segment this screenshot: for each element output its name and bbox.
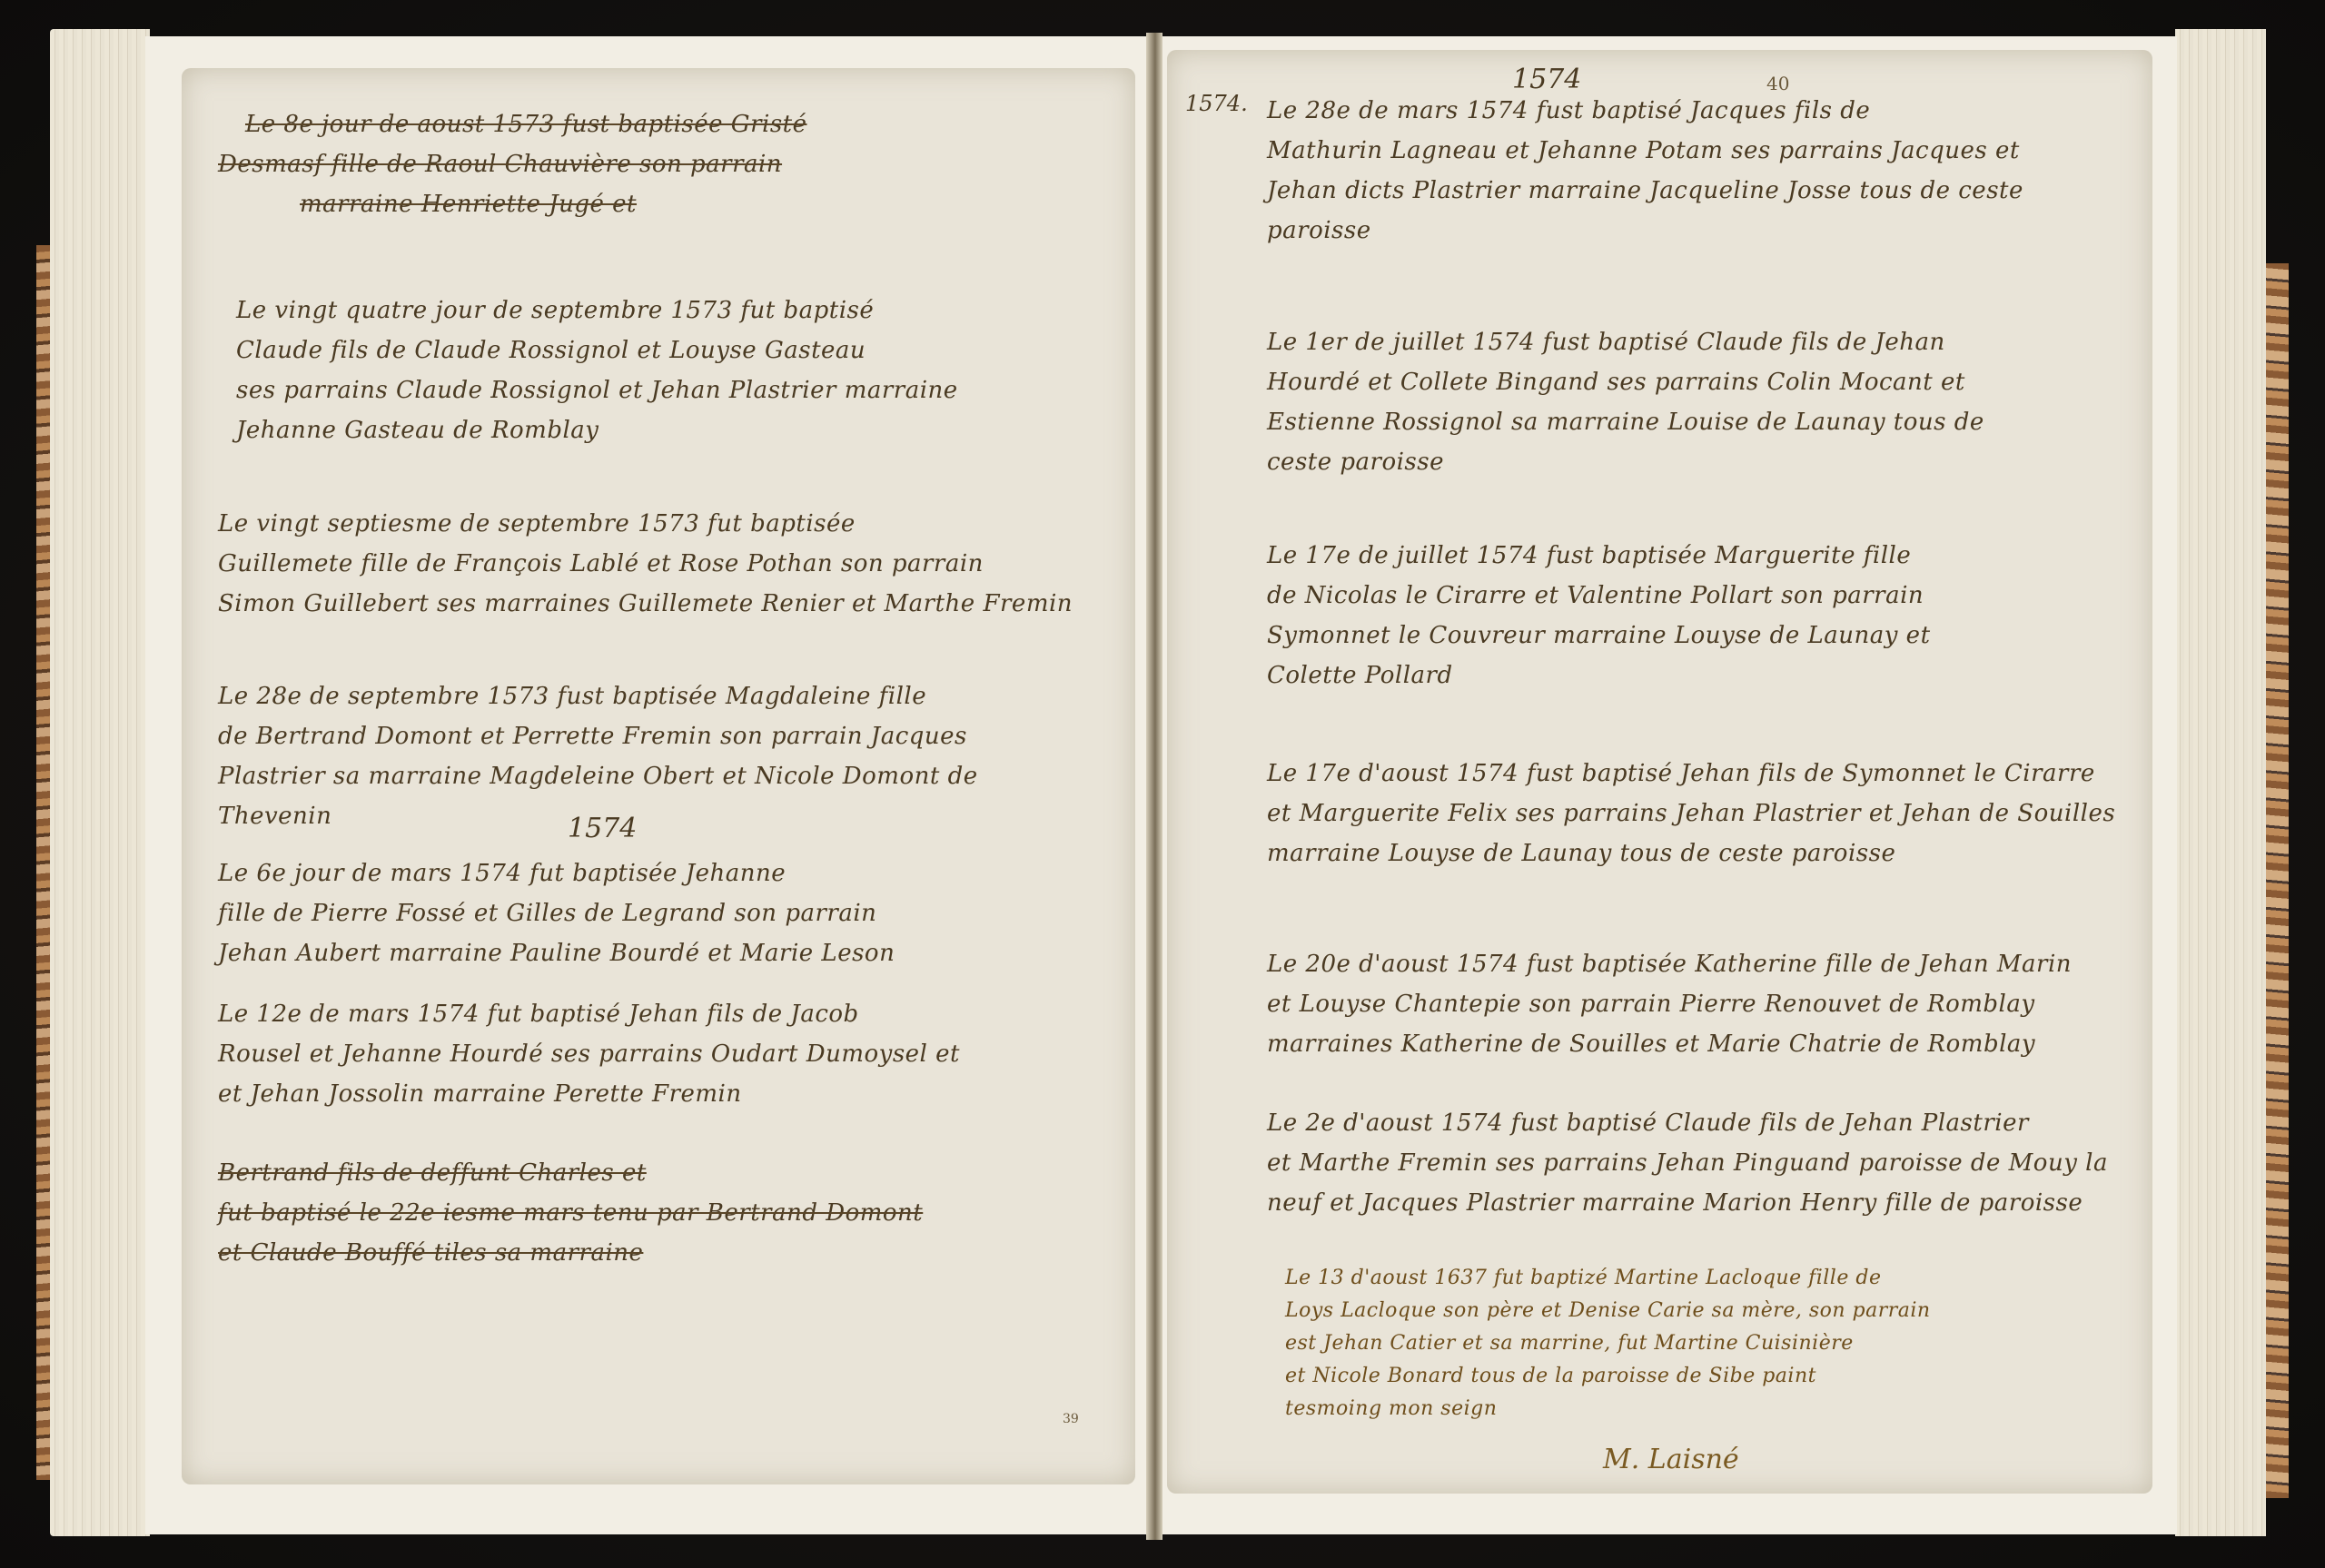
page-block-left xyxy=(50,29,150,1536)
entry-line: ceste paroisse xyxy=(1267,442,1984,482)
entry-line: et Marthe Fremin ses parrains Jehan Ping… xyxy=(1267,1143,2108,1183)
entry-line: Le 8e jour de aoust 1573 fust baptisée G… xyxy=(245,104,807,144)
entry-line: marraine Henriette Jugé et xyxy=(300,184,807,224)
entry-line: Colette Pollard xyxy=(1267,656,1931,695)
entry-line: ses parrains Claude Rossignol et Jehan P… xyxy=(236,370,958,410)
entry-right-7-later-hand: Le 13 d'aoust 1637 fut baptizé Martine L… xyxy=(1285,1262,1931,1425)
entry-line: et Louyse Chantepie son parrain Pierre R… xyxy=(1267,984,2072,1024)
right-manuscript-sheet: 1574. 1574 40 Le 28e de mars 1574 fust b… xyxy=(1167,50,2152,1494)
entry-right-2: Le 1er de juillet 1574 fust baptisé Clau… xyxy=(1267,322,1984,482)
entry-line: fut baptisé le 22e iesme mars tenu par B… xyxy=(218,1193,923,1233)
entry-line: Le 17e d'aoust 1574 fust baptisé Jehan f… xyxy=(1267,754,2115,794)
entry-line: Mathurin Lagneau et Jehanne Potam ses pa… xyxy=(1267,131,2023,171)
entry-line: Desmasf fille de Raoul Chauvière son par… xyxy=(218,144,807,184)
margin-year: 1574. xyxy=(1185,91,1248,116)
entry-right-3: Le 17e de juillet 1574 fust baptisée Mar… xyxy=(1267,536,1931,695)
entry-line: Guillemete fille de François Lablé et Ro… xyxy=(218,544,1073,584)
entry-line: Le 12e de mars 1574 fut baptisé Jehan fi… xyxy=(218,994,960,1034)
entry-line: marraines Katherine de Souilles et Marie… xyxy=(1267,1024,2072,1064)
entry-line: Le 1er de juillet 1574 fust baptisé Clau… xyxy=(1267,322,1984,362)
page-block-right xyxy=(2175,29,2266,1536)
entry-line: tesmoing mon seign xyxy=(1285,1393,1931,1425)
entry-line: et Claude Bouffé tiles sa marraine xyxy=(218,1233,923,1273)
entry-line: Jehanne Gasteau de Romblay xyxy=(236,410,958,450)
entry-line: fille de Pierre Fossé et Gilles de Legra… xyxy=(218,893,895,933)
entry-line: est Jehan Catier et sa marrine, fut Mart… xyxy=(1285,1327,1931,1360)
entry-left-6: Le 12e de mars 1574 fut baptisé Jehan fi… xyxy=(218,994,960,1114)
book-gutter xyxy=(1146,33,1162,1540)
entry-line: Le 17e de juillet 1574 fust baptisée Mar… xyxy=(1267,536,1931,576)
entry-line: Plastrier sa marraine Magdeleine Obert e… xyxy=(218,756,978,796)
entry-left-3: Le vingt septiesme de septembre 1573 fut… xyxy=(218,504,1073,624)
marbled-cover-right xyxy=(2263,263,2289,1498)
entry-line: de Nicolas le Cirarre et Valentine Polla… xyxy=(1267,576,1931,616)
entry-line: Estienne Rossignol sa marraine Louise de… xyxy=(1267,402,1984,442)
entry-line: Claude fils de Claude Rossignol et Louys… xyxy=(236,330,958,370)
entry-left-2: Le vingt quatre jour de septembre 1573 f… xyxy=(236,291,958,450)
entry-line: Le 20e d'aoust 1574 fust baptisée Kather… xyxy=(1267,944,2072,984)
entry-line: Symonnet le Couvreur marraine Louyse de … xyxy=(1267,616,1931,656)
entry-left-7-crossed-out: Bertrand fils de deffunt Charles et fut … xyxy=(218,1153,923,1273)
entry-line: paroisse xyxy=(1267,211,2023,251)
entry-left-5: Le 6e jour de mars 1574 fut baptisée Jeh… xyxy=(218,853,895,973)
entry-line: Hourdé et Collete Bingand ses parrains C… xyxy=(1267,362,1984,402)
entry-line: Le vingt septiesme de septembre 1573 fut… xyxy=(218,504,1073,544)
year-heading-left: 1574 xyxy=(568,813,637,844)
entry-line: Le 13 d'aoust 1637 fut baptizé Martine L… xyxy=(1285,1262,1931,1295)
entry-line: et Jehan Jossolin marraine Perette Fremi… xyxy=(218,1074,960,1114)
entry-line: Rousel et Jehanne Hourdé ses parrains Ou… xyxy=(218,1034,960,1074)
entry-line: de Bertrand Domont et Perrette Fremin so… xyxy=(218,716,978,756)
entry-right-6: Le 2e d'aoust 1574 fust baptisé Claude f… xyxy=(1267,1103,2108,1223)
entry-line: Le vingt quatre jour de septembre 1573 f… xyxy=(236,291,958,330)
entry-line: Le 2e d'aoust 1574 fust baptisé Claude f… xyxy=(1267,1103,2108,1143)
entry-line: Jehan dicts Plastrier marraine Jacquelin… xyxy=(1267,171,2023,211)
entry-right-1: Le 28e de mars 1574 fust baptisé Jacques… xyxy=(1267,91,2023,251)
entry-right-4: Le 17e d'aoust 1574 fust baptisé Jehan f… xyxy=(1267,754,2115,873)
entry-left-1: Le 8e jour de aoust 1573 fust baptisée G… xyxy=(245,104,807,224)
signature: M. Laisné xyxy=(1603,1444,1739,1475)
entry-line: Le 28e de mars 1574 fust baptisé Jacques… xyxy=(1267,91,2023,131)
left-manuscript-sheet: Le 8e jour de aoust 1573 fust baptisée G… xyxy=(182,68,1135,1484)
entry-line: Le 28e de septembre 1573 fust baptisée M… xyxy=(218,676,978,716)
entry-line: marraine Louyse de Launay tous de ceste … xyxy=(1267,833,2115,873)
entry-line: neuf et Jacques Plastrier marraine Mario… xyxy=(1267,1183,2108,1223)
entry-line: et Marguerite Felix ses parrains Jehan P… xyxy=(1267,794,2115,833)
folio-number-left: 39 xyxy=(1063,1412,1079,1426)
entry-line: Jehan Aubert marraine Pauline Bourdé et … xyxy=(218,933,895,973)
entry-line: Bertrand fils de deffunt Charles et xyxy=(218,1153,923,1193)
entry-right-5: Le 20e d'aoust 1574 fust baptisée Kather… xyxy=(1267,944,2072,1064)
entry-line: Loys Lacloque son père et Denise Carie s… xyxy=(1285,1295,1931,1327)
entry-line: Simon Guillebert ses marraines Guillemet… xyxy=(218,584,1073,624)
entry-line: Le 6e jour de mars 1574 fut baptisée Jeh… xyxy=(218,853,895,893)
entry-line: et Nicole Bonard tous de la paroisse de … xyxy=(1285,1360,1931,1393)
